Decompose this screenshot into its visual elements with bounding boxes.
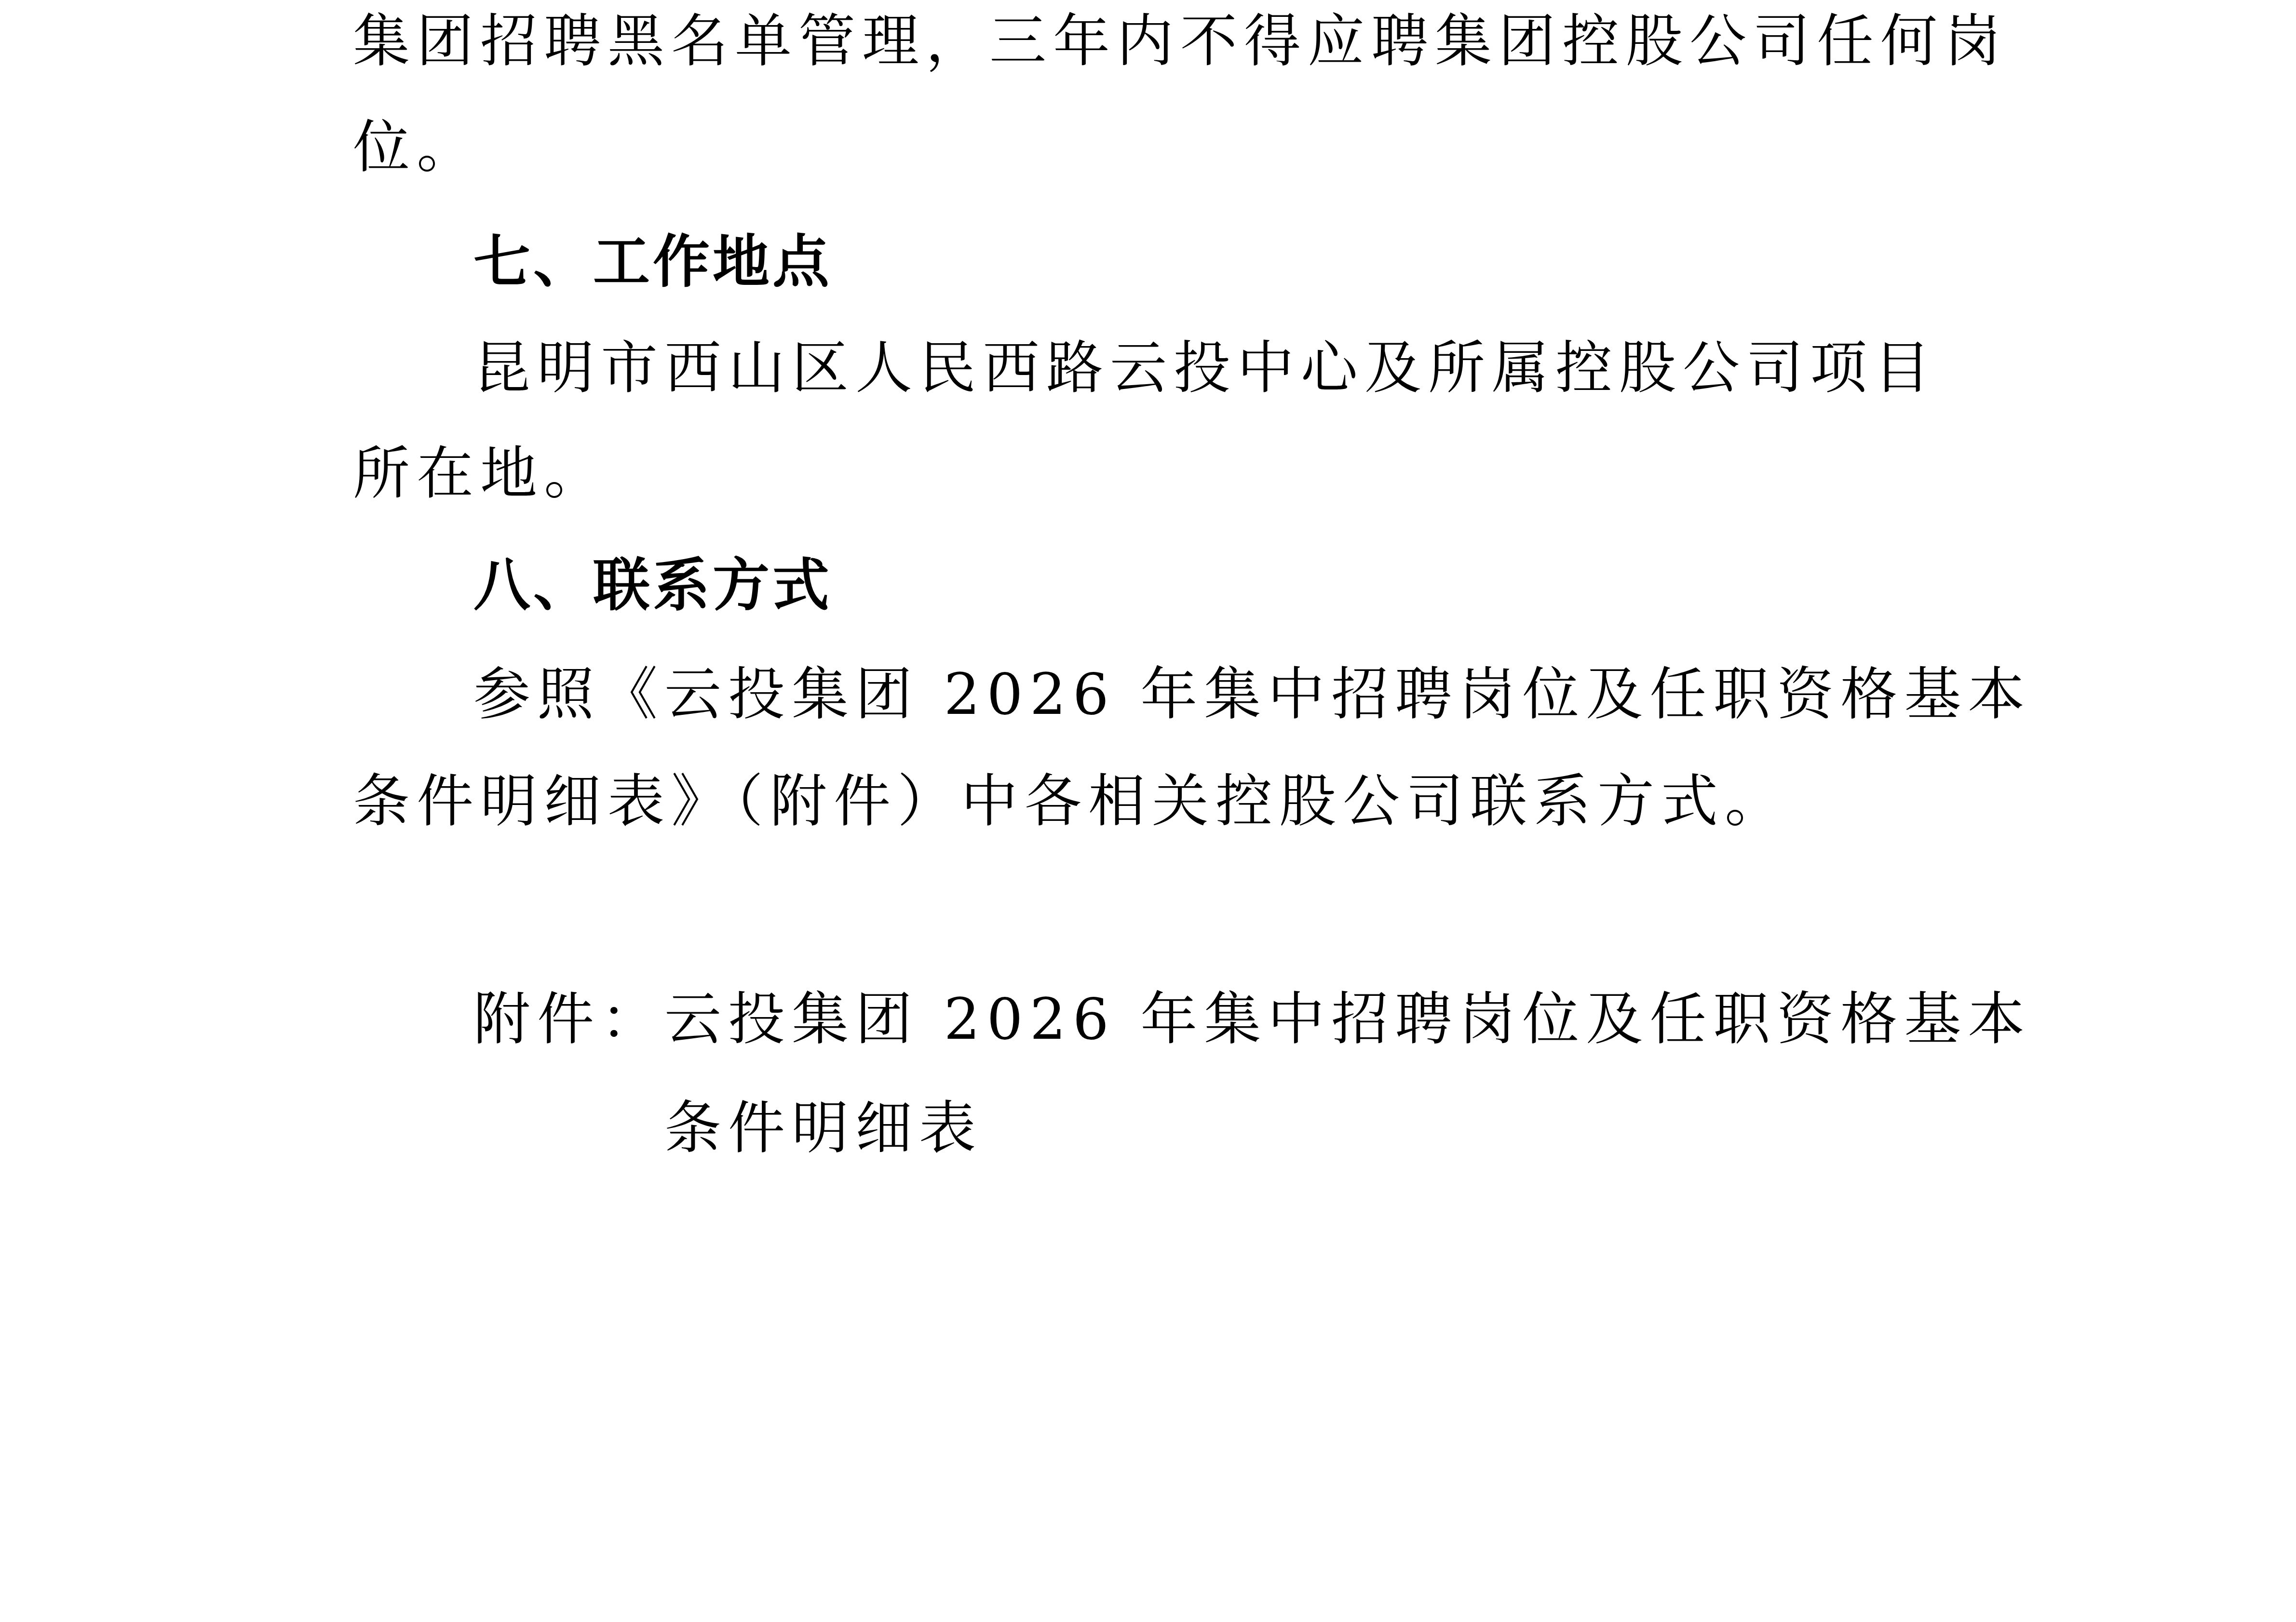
attachment-label: 附件： — [473, 983, 664, 1055]
section7-heading: 七、工作地点 — [473, 226, 832, 298]
blacklist-paragraph-line2: 位。 — [353, 111, 480, 183]
section8-line1: 参照《云投集团 2026 年集中招聘岗位及任职资格基本 — [473, 658, 2031, 730]
section7-line2: 所在地。 — [353, 437, 608, 509]
blacklist-paragraph-line1: 集团招聘黑名单管理，三年内不得应聘集团控股公司任何岗 — [353, 5, 2008, 77]
section7-line1: 昆明市西山区人民西路云投中心及所属控股公司项目 — [473, 332, 1937, 404]
section8-line2: 条件明细表》（附件）中各相关控股公司联系方式。 — [353, 765, 1788, 837]
section8-heading: 八、联系方式 — [473, 549, 832, 621]
attachment-line1: 云投集团 2026 年集中招聘岗位及任职资格基本 — [664, 983, 2031, 1055]
attachment-line2: 条件明细表 — [664, 1092, 983, 1164]
